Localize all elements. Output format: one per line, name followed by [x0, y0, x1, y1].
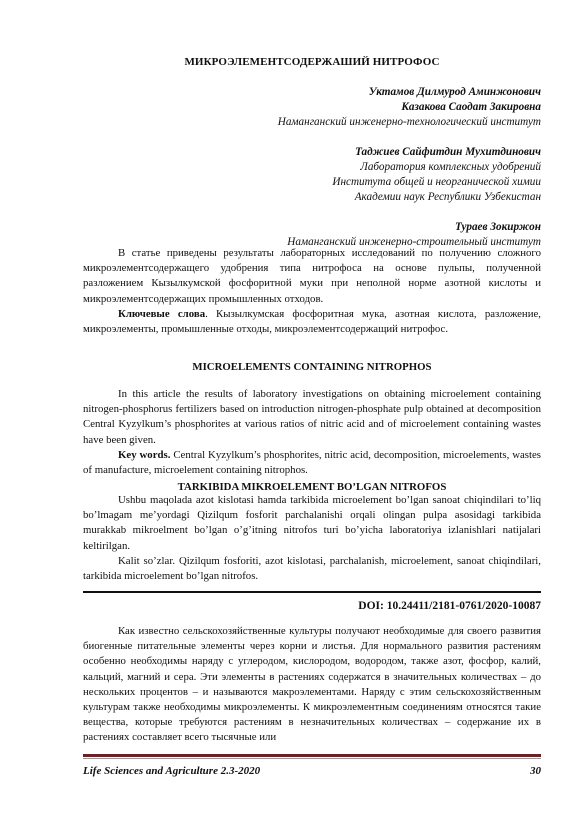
body: Как известно сельскохозяйственные культу… [83, 624, 541, 746]
journal-name: Life Sciences and Agriculture 2.3-2020 [83, 765, 260, 777]
abstract-en-text: In this article the results of laborator… [83, 387, 541, 448]
heading-en: MICROELEMENTS CONTAINING NITROPHOS [83, 361, 541, 373]
affiliation: Наманганский инженерно-технологический и… [278, 115, 541, 130]
abstract-en: MICROELEMENTS CONTAINING NITROPHOS In th… [83, 361, 541, 478]
article-title-ru: МИКРОЭЛЕМЕНТСОДЕРЖАШИЙ НИТРОФОС [83, 56, 541, 68]
author-name: Таджиев Сайфитдин Мухитдинович [278, 145, 541, 160]
author-name: Тураев Зокиржон [278, 220, 541, 235]
author-name: Уктамов Дилмурод Аминжонович [278, 85, 541, 100]
footer-divider-thin [83, 758, 541, 759]
heading-uz: TARKIBIDA MIKROELEMENT BO’LGAN NITROFOS [83, 481, 541, 493]
doi-divider [83, 591, 541, 593]
keywords-uz: Kalit so’zlar. Qizilqum fosforiti, azot … [83, 554, 541, 584]
abstract-ru: В статье приведены результаты лабораторн… [83, 246, 541, 337]
page: МИКРОЭЛЕМЕНТСОДЕРЖАШИЙ НИТРОФОС Уктамов … [0, 0, 580, 820]
footer-divider [83, 754, 541, 757]
keywords-ru: Ключевые слова. Кызылкумская фосфоритная… [83, 307, 541, 337]
doi-link[interactable]: DOI: 10.24411/2181-0761/2020-10087 [358, 600, 541, 612]
authors-block: Уктамов Дилмурод Аминжонович Казакова Са… [278, 85, 541, 250]
keywords-ru-label: Ключевые слова [118, 308, 205, 320]
author-name: Казакова Саодат Закировна [278, 100, 541, 115]
affiliation: Института общей и неорганической химии [278, 175, 541, 190]
abstract-uz: TARKIBIDA MIKROELEMENT BO’LGAN NITROFOS … [83, 481, 541, 584]
affiliation: Лаборатория комплексных удобрений [278, 160, 541, 175]
abstract-uz-text: Ushbu maqolada azot kislotasi hamda tark… [83, 493, 541, 554]
affiliation: Академии наук Республики Узбекистан [278, 190, 541, 205]
keywords-en: Key words. Central Kyzylkum’s phosphorit… [83, 448, 541, 478]
page-number: 30 [530, 765, 541, 777]
body-paragraph: Как известно сельскохозяйственные культу… [83, 624, 541, 746]
keywords-en-label: Key words. [118, 449, 170, 461]
abstract-ru-text: В статье приведены результаты лабораторн… [83, 246, 541, 307]
